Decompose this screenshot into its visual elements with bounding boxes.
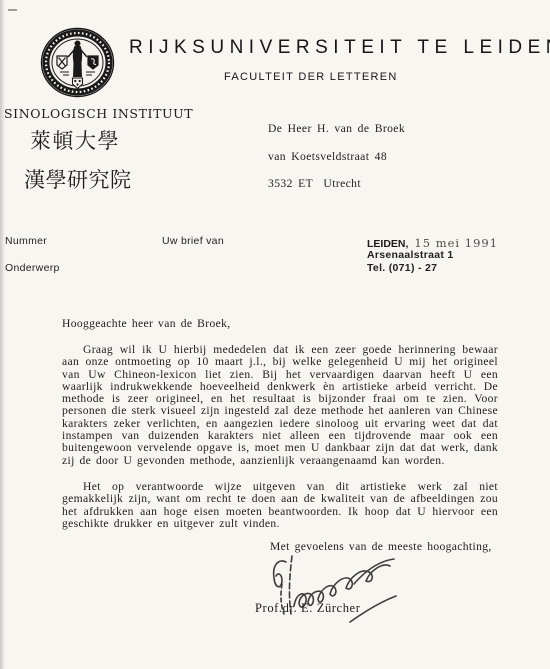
nummer-label: Nummer (5, 235, 47, 247)
sender-street: Arsenaalstraat 1 (367, 249, 454, 261)
university-seal-icon (39, 26, 116, 99)
recipient-city: 3532 ET Utrecht (268, 177, 361, 190)
scan-artifact-dash (8, 9, 17, 11)
recipient-address-block: De Heer H. van de Broek van Koetsveldstr… (268, 122, 405, 191)
faculty-name: FACULTEIT DER LETTEREN (224, 71, 398, 83)
handwritten-signature-icon (256, 548, 446, 632)
body-paragraph-1: Graag wil ik U hierbij mededelen dat ik … (62, 344, 498, 467)
sender-telephone: Tel. (071) - 27 (367, 262, 437, 274)
university-name: RIJKSUNIVERSITEIT TE LEIDEN (129, 37, 550, 59)
body-paragraph-2: Het op verantwoorde wijze uitgeven van d… (62, 481, 498, 530)
uw-brief-van-label: Uw brief van (162, 235, 224, 247)
institute-chinese-name-line2: 漢學研究院 (24, 164, 132, 194)
recipient-name: De Heer H. van de Broek (268, 122, 405, 135)
institute-name: SINOLOGISCH INSTITUUT (4, 106, 193, 121)
recipient-street: van Koetsveldstraat 48 (268, 150, 387, 163)
institute-chinese-name-line1: 萊頓大學 (30, 125, 120, 155)
onderwerp-label: Onderwerp (5, 262, 60, 274)
scanned-letter-page: RIJKSUNIVERSITEIT TE LEIDEN FACULTEIT DE… (0, 0, 550, 669)
typed-date: 15 mei 1991 (414, 236, 498, 250)
salutation: Hooggeachte heer van de Broek, (62, 318, 231, 330)
